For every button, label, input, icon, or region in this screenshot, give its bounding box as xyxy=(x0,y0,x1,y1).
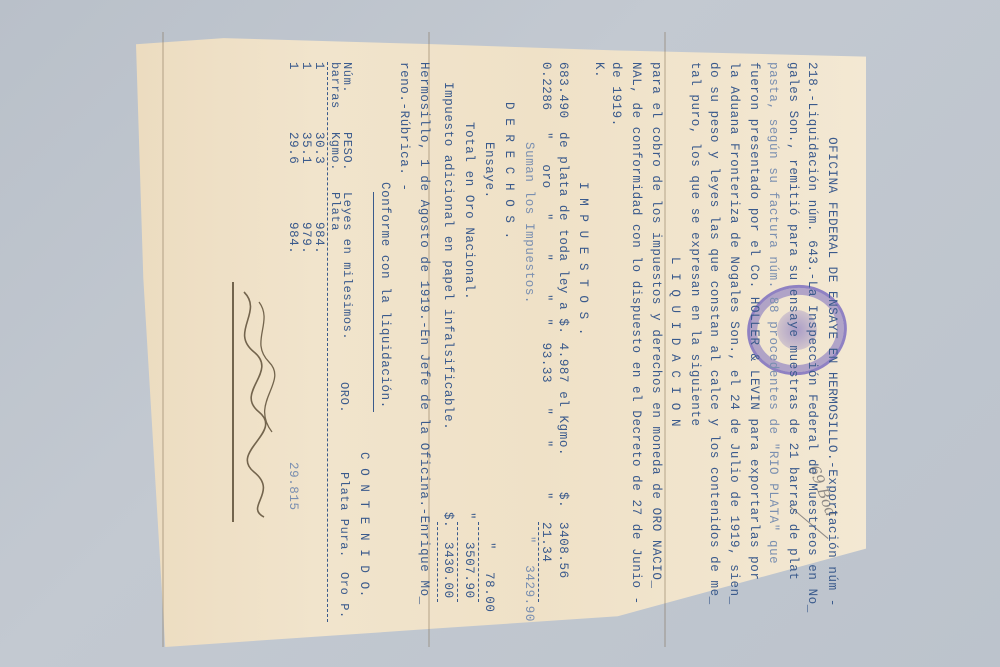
body-line: tal puro, los que se expresan en la sigu… xyxy=(684,62,704,622)
contenido-row: 1 29.6 984. 29.815 xyxy=(286,62,299,622)
impuesto-row: 0.2286 " oro " " " " 93.33 " " " 21.34 xyxy=(539,62,553,622)
k-mark: K. xyxy=(592,62,606,622)
col-header-peso: PESO. Kgmo. xyxy=(334,132,354,192)
total-label: Total en Oro Nacional. xyxy=(458,62,478,512)
col-header-leyes: Leyes en milesimos. Plata xyxy=(334,192,354,382)
total-row: Total en Oro Nacional. " 3507.90 xyxy=(458,62,478,622)
impuesto-adicional-label: Impuesto adicional en papel infalsificab… xyxy=(438,62,458,512)
liquidacion-line: NAL, de conformidad con lo dispuesto en … xyxy=(625,62,645,622)
contenido-header-row: Núm. barras PESO. Kgmo. Leyes en milesim… xyxy=(334,62,354,622)
document-header: OFICINA FEDERAL DE ENSAYE EN HERMOSILLO.… xyxy=(821,62,841,622)
impuestos-sum-amount: 3429.90 xyxy=(518,565,538,622)
impuesto-desc: de plata de toda ley a $. 4.987 el Kgmo. xyxy=(553,132,573,492)
conforme-line: Conforme con la liquidación. xyxy=(374,62,394,622)
impuestos-sum-label: Suman los Impuestos. xyxy=(518,62,538,486)
impuesto-adicional-row: Impuesto adicional en papel infalsificab… xyxy=(438,62,458,622)
document-paper: REPUBLICA MEXICANA · ADUANA FRONTERIZA D… xyxy=(136,32,866,647)
col-header-oro-p: Oro P. xyxy=(334,572,354,619)
cell-peso: 30.3 xyxy=(312,132,325,222)
derechos-title: D E R E C H O S . xyxy=(499,62,519,622)
derecho-label: Ensaye. xyxy=(479,62,499,492)
impuesto-qty: 0.2286 xyxy=(539,62,553,132)
cell-ley-plata: 984. xyxy=(286,222,299,462)
contenido-title: C O N T E N I D O. xyxy=(353,452,373,598)
body-line: gales Son., remitió para su ensaye muest… xyxy=(782,62,802,622)
impuestos-title: I M P U E S T O S . xyxy=(572,62,592,622)
liquidacion-line: de 1919. xyxy=(606,62,626,622)
typewritten-text: OFICINA FEDERAL DE ENSAYE EN HERMOSILLO.… xyxy=(241,62,841,622)
liquidacion-title: L I Q U I D A C I O N xyxy=(665,62,685,622)
derecho-currency: " xyxy=(479,542,499,572)
cell-num: 1 xyxy=(286,62,299,132)
impuestos-sum-currency: " xyxy=(518,536,538,565)
impuestos-sum-row: Suman los Impuestos. " 3429.90 xyxy=(518,62,538,622)
cell-plata-pura: 29.815 xyxy=(286,462,299,511)
impuesto-row: 683.490 de plata de toda ley a $. 4.987 … xyxy=(553,62,573,622)
impuesto-qty: 683.490 xyxy=(553,62,573,132)
cell-num: 1 xyxy=(312,62,325,132)
contenido-title-row: C O N T E N I D O. xyxy=(353,62,373,622)
body-line: do su peso y leyes las que constan al ca… xyxy=(704,62,724,622)
impuesto-adicional-currency: $. xyxy=(438,512,458,542)
liquidacion-line: para el cobro de los impuestos y derecho… xyxy=(645,62,665,622)
derecho-row: Ensaye. " 78.00 xyxy=(479,62,499,622)
impuesto-currency: $. xyxy=(553,492,573,522)
impuesto-amount: 21.34 xyxy=(539,522,553,563)
body-line: fueron presentado por el Co. HOLLER & LE… xyxy=(743,62,763,622)
col-header-plata-pura: Plata Pura. xyxy=(334,472,354,572)
impuesto-desc: " oro " " " " 93.33 " " xyxy=(539,132,553,492)
derecho-amount: 78.00 xyxy=(479,572,499,613)
cell-num: 1 xyxy=(299,62,312,132)
contenido-row: 1 35.1 979. xyxy=(299,62,312,622)
closing-line: reno.-Rúbrica. - xyxy=(394,62,414,622)
impuesto-adicional-amount: 3430.00 xyxy=(438,542,458,599)
cell-ley-plata: 984. xyxy=(312,222,325,254)
paper-fold xyxy=(162,32,164,647)
cell-ley-plata: 979. xyxy=(299,222,312,254)
cell-peso: 29.6 xyxy=(286,132,299,222)
col-header-num: Núm. barras xyxy=(334,62,354,132)
closing-line: Hermosillo, 1 de Agosto de 1919.-En Jefe… xyxy=(413,62,433,622)
body-line: 218.-Liquidación núm. 643.-La Inspección… xyxy=(802,62,822,622)
contenido-row: 1 30.3 984. xyxy=(312,62,325,622)
col-header-oro: ORO. xyxy=(334,382,354,472)
body-line: la Aduana Fronteriza de Nogales Son., el… xyxy=(723,62,743,622)
total-currency: " xyxy=(458,512,478,542)
total-amount: 3507.90 xyxy=(458,542,478,599)
impuesto-currency: " xyxy=(539,492,553,522)
cell-peso: 35.1 xyxy=(299,132,312,222)
body-line: pasta, según su factura núm. 88 proceden… xyxy=(763,62,783,622)
impuesto-amount: 3408.56 xyxy=(553,522,573,579)
